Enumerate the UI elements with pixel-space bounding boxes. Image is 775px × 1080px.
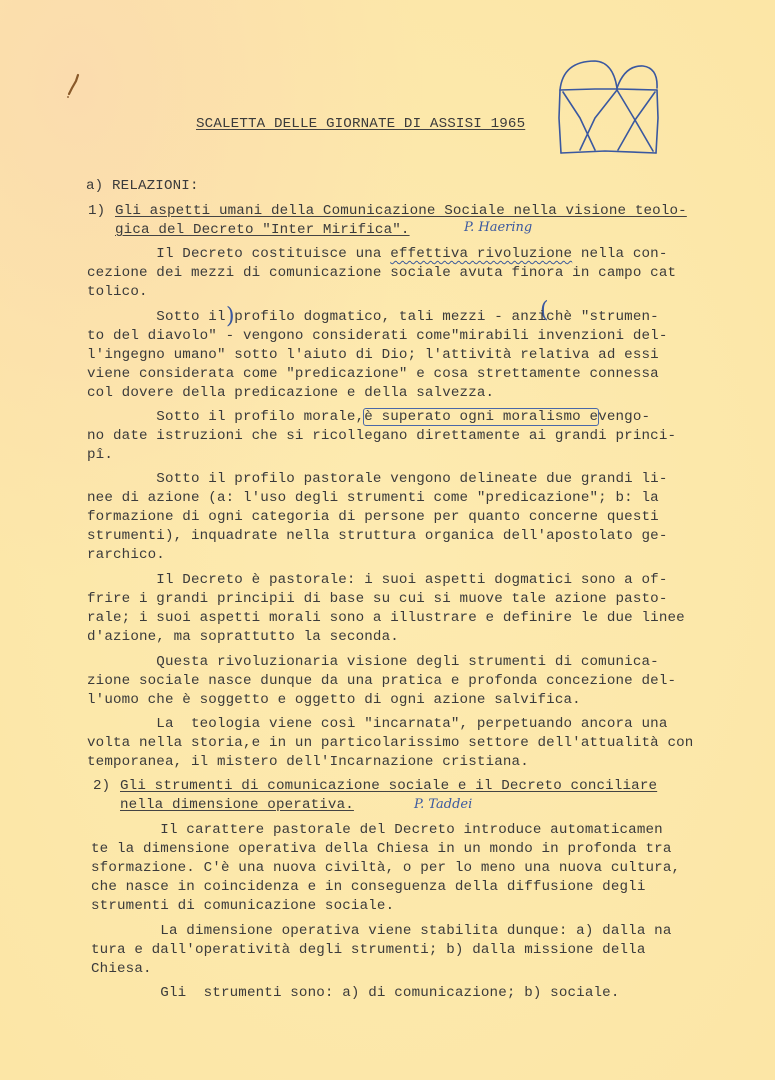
paragraph-line: strumenti di comunicazione sociale. <box>91 898 394 914</box>
paragraph-line: cezione dei mezzi di comunicazione socia… <box>87 265 676 281</box>
item-2-heading-line-2: nella dimensione operativa. <box>120 797 354 813</box>
paragraph-line: l'ingegno umano" sotto l'aiuto di Dio; l… <box>87 347 659 363</box>
paragraph-line: tolico. <box>87 284 148 300</box>
section-a-heading: a) RELAZIONI: <box>86 178 199 194</box>
handwritten-author-haering: P. Haering <box>464 220 532 235</box>
document-title: SCALETTA DELLE GIORNATE DI ASSISI 1965 <box>196 116 525 132</box>
paragraph-line: pî. <box>87 447 113 463</box>
handwritten-author-taddei: P. Taddei <box>414 797 472 812</box>
paragraph-line: d'azione, ma soprattutto la seconda. <box>87 629 399 645</box>
document-page: SCALETTA DELLE GIORNATE DI ASSISI 1965 a… <box>0 0 775 1080</box>
paragraph-line: Sotto il profilo pastorale vengono delin… <box>87 471 667 487</box>
paragraph-line: Il Decreto costituisce una effettiva riv… <box>87 246 668 262</box>
paragraph-line: zione sociale nasce dunque da una pratic… <box>87 673 676 689</box>
paragraph-line: volta nella storia,e in un particolariss… <box>87 735 693 751</box>
paragraph-line: Questa rivoluzionaria visione degli stru… <box>87 654 659 670</box>
ink-stain-mark <box>66 72 82 98</box>
paragraph-line: te la dimensione operativa della Chiesa … <box>91 841 671 857</box>
paragraph-line: no date istruzioni che si ricollegano di… <box>87 428 676 444</box>
paragraph-line: formazione di ogni categoria di persone … <box>87 509 659 525</box>
paragraph-line: col dovere della predicazione e della sa… <box>87 385 494 401</box>
paragraph-line: rarchico. <box>87 547 165 563</box>
item-2-heading-line-1: Gli strumenti di comunicazione sociale e… <box>120 778 657 794</box>
paragraph-line: Chiesa. <box>91 961 152 977</box>
paragraph-line: rale; i suoi aspetti morali sono a illus… <box>87 610 685 626</box>
paragraph-line: Il Decreto è pastorale: i suoi aspetti d… <box>87 572 667 588</box>
paragraph-line: La dimensione operativa viene stabilita … <box>91 923 671 939</box>
paragraph-line: che nasce in coincidenza e in conseguenz… <box>91 879 646 895</box>
item-1-heading-line-1: Gli aspetti umani della Comunicazione So… <box>115 203 687 219</box>
paragraph-line: viene considerata come "predicazione" e … <box>87 366 659 382</box>
paragraph-line: tura e dall'operatività degli strumenti;… <box>91 942 646 958</box>
item-2-number: 2) <box>93 778 110 794</box>
paragraph-line: Gli strumenti sono: a) di comunicazione;… <box>91 985 620 1001</box>
paragraph-line: Sotto il profilo morale,è superato ogni … <box>87 409 650 425</box>
paragraph-line: La teologia viene così "incarnata", perp… <box>87 716 667 732</box>
item-1-number: 1) <box>88 203 105 219</box>
item-1-heading-line-2: gica del Decreto "Inter Mirifica". <box>115 222 410 238</box>
hand-drawn-tent-logo-icon <box>555 58 665 162</box>
paragraph-line: l'uomo che è soggetto e oggetto di ogni … <box>87 692 581 708</box>
paragraph-line: frire i grandi principii di base su cui … <box>87 591 667 607</box>
paragraph-line: temporanea, il mistero dell'Incarnazione… <box>87 754 529 770</box>
paragraph-line: to del diavolo" - vengono considerati co… <box>87 328 667 344</box>
paragraph-line: nee di azione (a: l'uso degli strumenti … <box>87 490 659 506</box>
paragraph-line: sformazione. C'è una nuova civiltà, o pe… <box>91 860 680 876</box>
paragraph-line: Sotto il profilo dogmatico, tali mezzi -… <box>87 309 659 325</box>
paragraph-line: strumenti), inquadrate nella struttura o… <box>87 528 667 544</box>
paragraph-line: Il carattere pastorale del Decreto intro… <box>91 822 663 838</box>
